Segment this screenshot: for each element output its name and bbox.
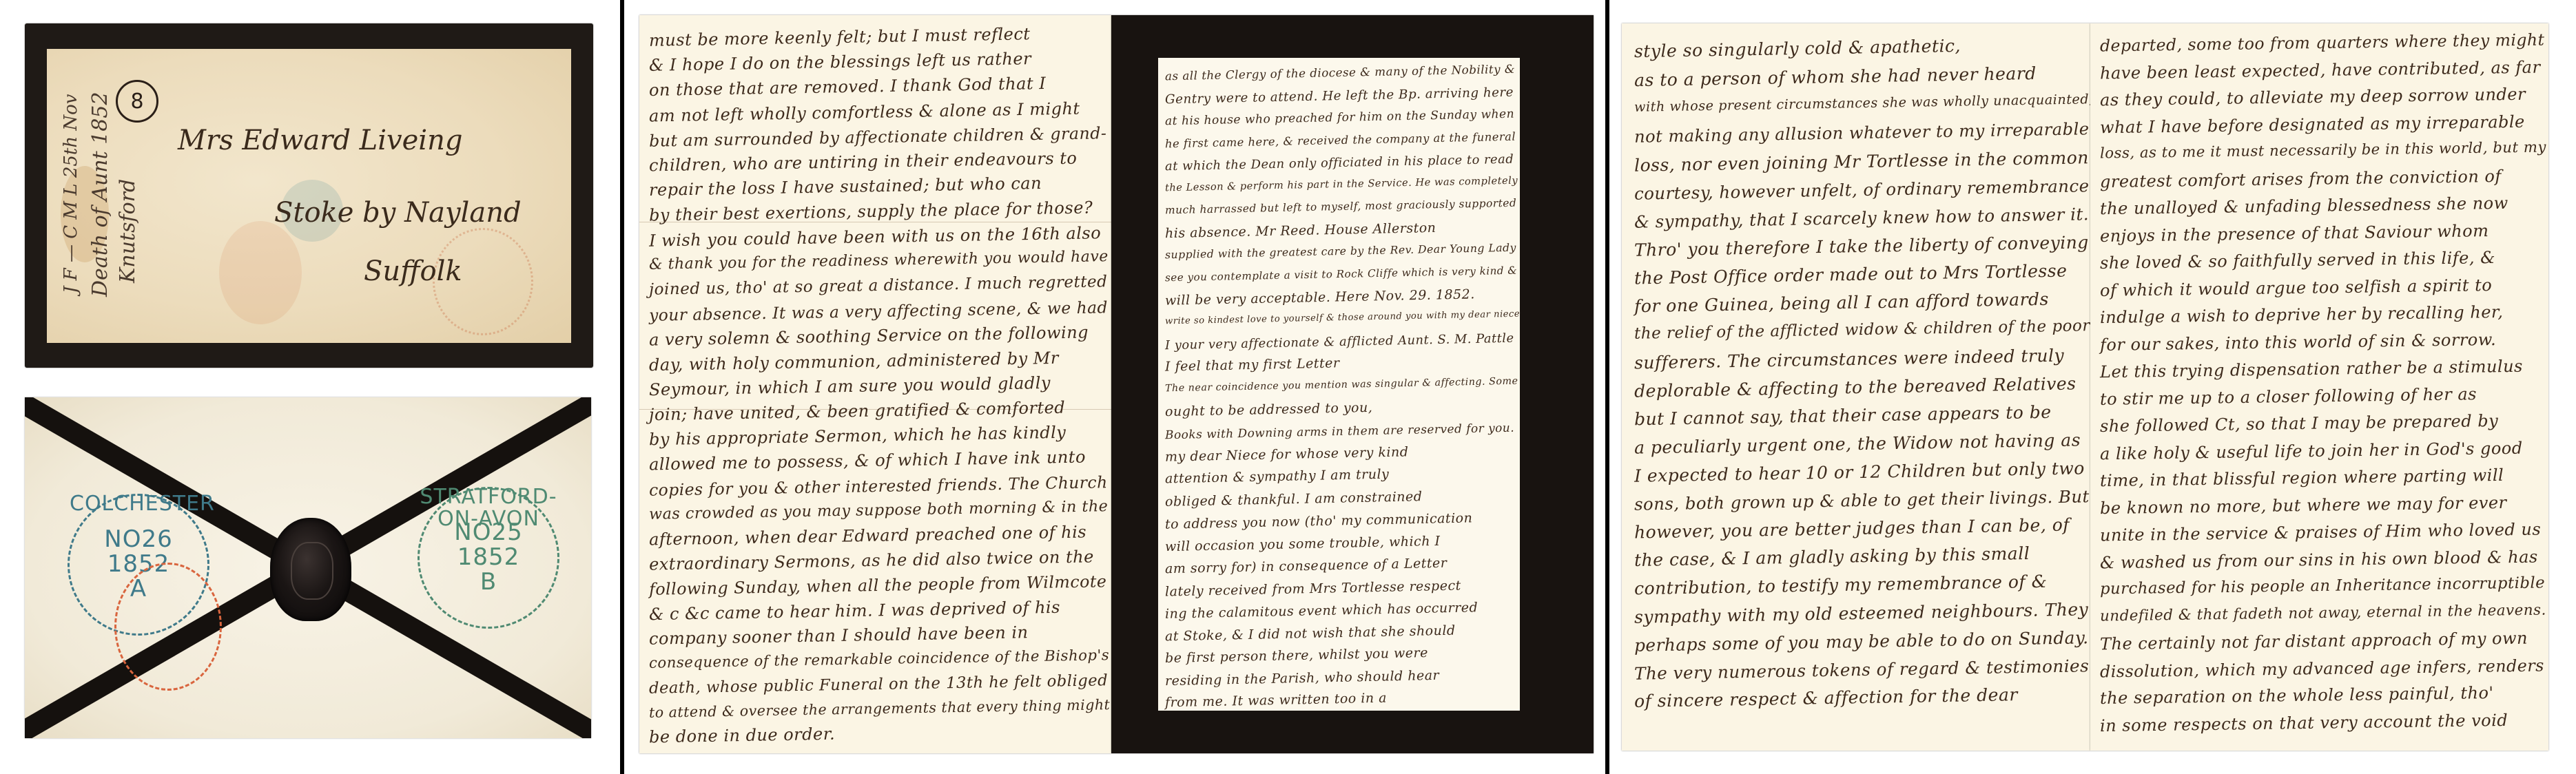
handwritten-line: a like holy & useful life to join her in… <box>2100 438 2523 463</box>
handwritten-line: join; have united, & been gratified & co… <box>649 398 1066 425</box>
handwritten-line: the separation on the whole less painful… <box>2100 683 2494 708</box>
handwritten-line: ing the calamitous event which has occur… <box>1165 600 1478 622</box>
handwritten-line: loss, as to me it must necessarily be in… <box>2100 138 2546 162</box>
handwritten-line: enjoys in the presence of that Saviour w… <box>2100 221 2489 246</box>
handwritten-line: to address you now (tho' my communicatio… <box>1165 510 1473 532</box>
handwritten-line: supplied with the greatest care by the R… <box>1165 242 1516 262</box>
postmark-red <box>114 563 222 691</box>
handwritten-line: will occasion you some trouble, which I <box>1165 533 1441 554</box>
handwritten-line: sympathy with my old esteemed neighbours… <box>1634 599 2089 627</box>
handwritten-line: deplorable & affecting to the bereaved R… <box>1634 373 2077 401</box>
addressee-name: Mrs Edward Liveing <box>178 125 462 156</box>
handwritten-line: I your very affectionate & afflicted Aun… <box>1165 331 1514 353</box>
handwritten-line: at which the Dean only officiated in his… <box>1165 152 1514 174</box>
letter-spread-2: style so singularly cold & apathetic,as … <box>1609 0 2576 774</box>
handwritten-line: & I hope I do on the blessings left us r… <box>649 49 1031 75</box>
handwritten-line: as they could, to alleviate my deep sorr… <box>2100 85 2526 110</box>
letter-page-4: departed, some too from quarters where t… <box>2090 23 2548 751</box>
handwritten-line: your absence. It was a very affecting sc… <box>649 297 1108 325</box>
postmark-right: STRATFORD-ON-AVON NO25 1852 B <box>418 487 559 629</box>
handwritten-line: undefiled & that fadeth not away, eterna… <box>2100 601 2546 625</box>
handwritten-line: obliged & thankful. I am constrained <box>1165 489 1423 510</box>
handwritten-line: & c &c came to hear him. I was deprived … <box>649 597 1060 623</box>
handwritten-line: what I have before designated as my irre… <box>2100 112 2525 137</box>
handwritten-line: & washed us from our sins in his own blo… <box>2100 547 2538 572</box>
handwritten-line: have been least expected, have contribut… <box>2100 57 2541 83</box>
handwritten-line: The very numerous tokens of regard & tes… <box>1634 656 2090 684</box>
handwritten-line: perhaps some of you may be able to do on… <box>1634 627 2089 656</box>
envelope-back: COLCHESTER NO26 1852 A STRATFORD-ON-AVON… <box>25 397 591 738</box>
handwritten-line: she followed Ct, so that I may be prepar… <box>2100 411 2499 436</box>
handwritten-line: for our sakes, into this world of sin & … <box>2100 329 2496 354</box>
handwritten-line: to stir me up to a closer following of h… <box>2100 384 2477 409</box>
handwritten-line: the Post Office order made out to Mrs To… <box>1634 261 2068 289</box>
handwritten-line: day, with holy communion, administered b… <box>649 348 1059 374</box>
handwritten-line: death, whose public Funeral on the 13th … <box>649 671 1108 698</box>
handwritten-line: ought to be addressed to you, <box>1165 399 1373 419</box>
handwritten-line: greatest comfort arises from the convict… <box>2100 166 2502 191</box>
circled-number: 8 <box>116 80 158 123</box>
handwritten-line: of sincere respect & affection for the d… <box>1634 684 2018 711</box>
handwritten-line: lately received from Mrs Tortlesse respe… <box>1165 578 1461 599</box>
handwritten-line: The near coincidence you mention was sin… <box>1165 376 1518 395</box>
handwritten-line: Books with Downing arms in them are rese… <box>1165 421 1514 442</box>
handwritten-line: he first came here, & received the compa… <box>1165 129 1516 150</box>
letter-spread-1: must be more keenly felt; but I must ref… <box>624 0 1605 774</box>
handwritten-line: a very solemn & soothing Service on the … <box>649 323 1089 350</box>
handwritten-line: Seymour, in which I am sure you would gl… <box>649 373 1051 399</box>
handwritten-line: residing in the Parish, who should hear <box>1165 667 1440 688</box>
handwritten-line: sons, both grown up & able to get their … <box>1634 486 2090 514</box>
handwritten-line: allowed me to possess, & of which I have… <box>649 448 1086 474</box>
handwritten-line: indulge a wish to deprive her by recalli… <box>2100 302 2504 327</box>
handwritten-line: at Stoke, & I did not wish that she shou… <box>1165 623 1456 644</box>
handwritten-line: the case, & I am gladly asking by this s… <box>1634 543 2030 570</box>
envelope-panel: 8 J F — C M L 25th Nov Death of Aunt 185… <box>0 0 617 774</box>
handwritten-line: dissolution, which my advanced age infer… <box>2100 656 2544 681</box>
handwritten-line: at his house who preached for him on the… <box>1165 107 1514 129</box>
handwritten-line: unite in the service & praises of Him wh… <box>2100 520 2542 545</box>
handwritten-line: I feel that my first Letter <box>1165 355 1340 374</box>
handwritten-line: but am surrounded by affectionate childr… <box>649 123 1107 151</box>
handwritten-line: children, who are untiring in their ende… <box>649 149 1078 176</box>
handwritten-line: of which it would argue too selfish a sp… <box>2100 275 2493 300</box>
handwritten-line: Let this trying dispensation rather be a… <box>2100 357 2523 382</box>
handwritten-line: repair the loss I have sustained; but wh… <box>649 174 1042 200</box>
handwritten-line: the unalloyed & unfading blessedness she… <box>2100 193 2508 218</box>
handwritten-line: joined us, tho' at so great a distance. … <box>649 273 1108 299</box>
handwritten-line: Gentry were to attend. He left the Bp. a… <box>1165 85 1514 107</box>
handwritten-line: must be more keenly felt; but I must ref… <box>649 24 1031 50</box>
handwritten-line: was crowded as you may suppose both morn… <box>649 497 1109 523</box>
handwritten-line: but I cannot say, that their case appear… <box>1634 402 2052 430</box>
handwritten-line: extraordinary Sermons, as he did also tw… <box>649 547 1094 574</box>
handwritten-line: to attend & oversee the arrangements tha… <box>649 697 1111 722</box>
handwritten-line: write so kindest love to yourself & thos… <box>1165 308 1520 326</box>
handwritten-line: I expected to hear 10 or 12 Children but… <box>1634 458 2085 485</box>
handwritten-line: departed, some too from quarters where t… <box>2100 30 2545 55</box>
handwritten-line: she loved & so faithfully served in this… <box>2100 248 2495 273</box>
handwritten-line: courtesy, however unfelt, of ordinary re… <box>1634 176 2090 204</box>
side-note-line-2: Death of Aunt 1852 <box>88 92 112 297</box>
envelope-front-face: 8 J F — C M L 25th Nov Death of Aunt 185… <box>47 49 571 343</box>
handwritten-line: my dear Niece for whose very kind <box>1165 444 1409 464</box>
handwritten-line: time, in that blissful region where part… <box>2100 466 2504 490</box>
handwritten-line: Thro' you therefore I take the liberty o… <box>1634 232 2089 260</box>
addressee-county: Suffolk <box>364 255 462 287</box>
seal-crest-icon <box>291 542 333 600</box>
handwritten-line: attention & sympathy I am truly <box>1165 467 1390 487</box>
handwritten-line: see you contemplate a visit to Rock Clif… <box>1165 264 1518 284</box>
handwritten-line: sufferers. The circumstances were indeed… <box>1634 346 2065 373</box>
handwritten-line: be done in due order. <box>649 724 836 746</box>
side-note-line-3: Knutsford <box>116 179 140 283</box>
handwritten-line: a peculiarly urgent one, the Widow not h… <box>1634 430 2081 457</box>
handwritten-line: in some respects on that very account th… <box>2100 710 2508 735</box>
handwritten-line: as all the Clergy of the diocese & many … <box>1165 63 1515 83</box>
wax-seal <box>270 518 351 621</box>
handwritten-line: I wish you could have been with us on th… <box>649 223 1102 250</box>
handwritten-line: not making any allusion whatever to my i… <box>1634 119 2090 147</box>
handwritten-line: from me. It was written too in a <box>1165 691 1387 711</box>
handwritten-line: & thank you for the readiness wherewith … <box>649 248 1109 273</box>
handwritten-line: consequence of the remarkable coincidenc… <box>649 647 1110 672</box>
handwritten-line: will be very acceptable. Here Nov. 29. 1… <box>1165 286 1475 308</box>
handwritten-line: his absence. Mr Reed. House Allerston <box>1165 220 1436 240</box>
handwritten-line: the relief of the afflicted widow & chil… <box>1634 317 2090 343</box>
handwritten-line: style so singularly cold & apathetic, <box>1634 36 1961 61</box>
handwritten-line: copies for you & other interested friend… <box>649 472 1108 500</box>
handwritten-line: much harrassed but left to myself, most … <box>1165 197 1517 217</box>
handwritten-line: purchased for his people an Inheritance … <box>2100 574 2545 598</box>
envelope-front: 8 J F — C M L 25th Nov Death of Aunt 185… <box>25 23 593 368</box>
addressee-town: Stoke by Nayland <box>274 197 522 229</box>
handwritten-line: for one Guinea, being all I can afford t… <box>1634 289 2049 316</box>
handwritten-line: company sooner than I should have been i… <box>649 623 1029 649</box>
handwritten-line: on those that are removed. I thank God t… <box>649 74 1047 100</box>
handwritten-line: by his appropriate Sermon, which he has … <box>649 423 1067 450</box>
letter-page-2-paper: as all the Clergy of the diocese & many … <box>1158 58 1520 711</box>
letter-page-2: as all the Clergy of the diocese & many … <box>1111 15 1594 753</box>
handwritten-line: am sorry for) in consequence of a Letter <box>1165 556 1447 577</box>
handwritten-line: be known no more, but where we may for e… <box>2100 492 2507 517</box>
handwritten-line: The certainly not far distant approach o… <box>2100 629 2528 654</box>
letter-page-1: must be more keenly felt; but I must ref… <box>639 15 1111 753</box>
handwritten-line: with whose present circumstances she was… <box>1634 91 2094 115</box>
handwritten-line: loss, nor even joining Mr Tortlesse in t… <box>1634 147 2089 176</box>
letter-page-3: style so singularly cold & apathetic,as … <box>1622 23 2090 751</box>
handwritten-line: the Lesson & perform his part in the Ser… <box>1165 174 1518 193</box>
handwritten-line: contribution, to testify my remembrance … <box>1634 572 2048 598</box>
handwritten-line: afternoon, when dear Edward preached one… <box>649 522 1087 549</box>
handwritten-line: be first person there, whilst you were <box>1165 645 1428 666</box>
handwritten-line: am not left wholly comfortless & alone a… <box>649 98 1080 125</box>
handwritten-line: following Sunday, when all the people fr… <box>649 572 1107 600</box>
side-note-line-1: J F — C M L 25th Nov <box>61 94 81 293</box>
handwritten-line: & sympathy, that I scarcely knew how to … <box>1634 204 2089 232</box>
handwritten-line: however, you are better judges than I ca… <box>1634 514 2070 542</box>
handwritten-line: as to a person of whom she had never hea… <box>1634 63 2037 90</box>
